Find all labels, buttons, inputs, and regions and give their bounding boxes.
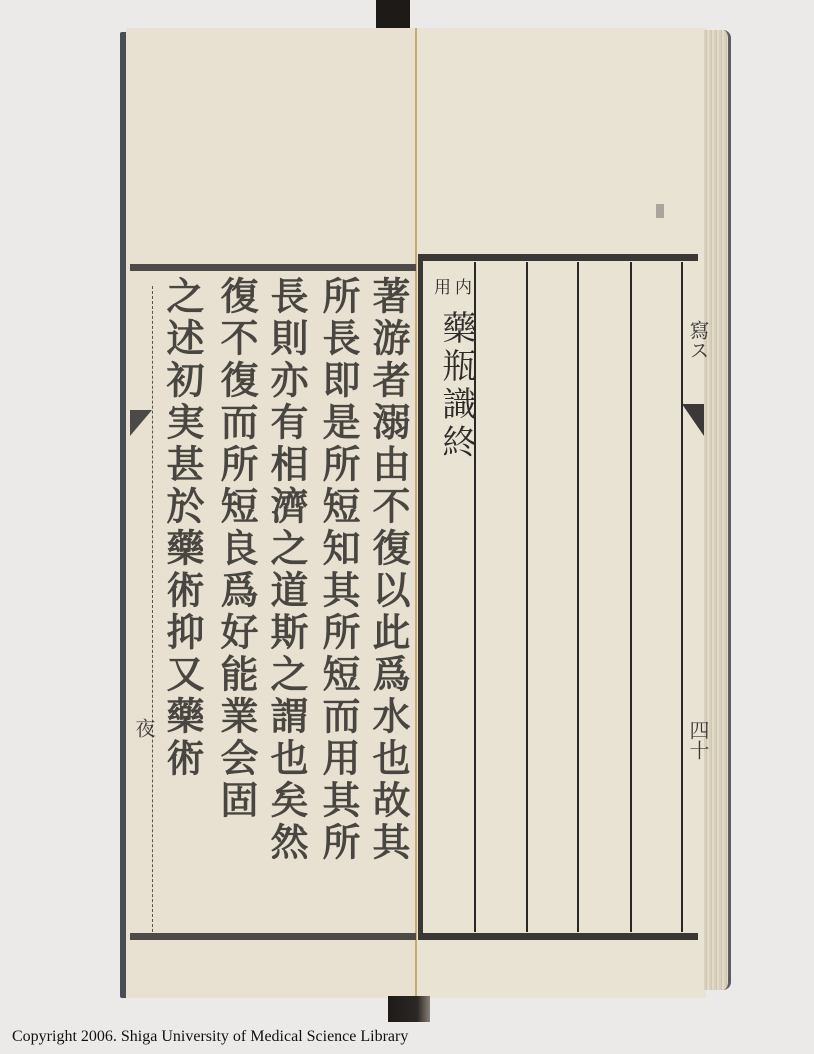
column-rule <box>577 262 579 932</box>
margin-note: 夜 <box>130 718 159 738</box>
title-annotation-nai: 内 <box>452 278 470 295</box>
library-stamp <box>656 204 664 218</box>
text-column-1: 著游者溺由不復以此爲水也故其 <box>364 276 412 864</box>
binding-ribbon-top <box>376 0 410 30</box>
text-column-3: 長則亦有相濟之道斯之謂也矣然 <box>262 276 310 864</box>
column-rule <box>526 262 528 932</box>
title-annotation-you: 用 <box>431 278 449 295</box>
spine-label-top: 寫ス <box>684 320 713 360</box>
spine-label-bottom: 四十 <box>684 720 713 760</box>
binding-ribbon-bottom <box>388 996 430 1022</box>
copyright-notice: Copyright 2006. Shiga University of Medi… <box>12 1028 408 1046</box>
text-column-2: 所長即是所短知其所短而用其所 <box>314 276 362 864</box>
column-rule <box>681 262 683 932</box>
text-column-5: 之述初実甚於藥術抑又藥術 <box>158 276 206 780</box>
fish-tail-mark-left <box>130 410 152 436</box>
title-main: 藥瓶識終 <box>432 310 481 462</box>
margin-rule <box>152 286 154 932</box>
column-rule <box>630 262 632 932</box>
fore-edge <box>704 30 731 990</box>
text-column-4: 復不復而所短良爲好能業会固 <box>212 276 260 822</box>
fish-tail-mark-right <box>682 404 704 436</box>
